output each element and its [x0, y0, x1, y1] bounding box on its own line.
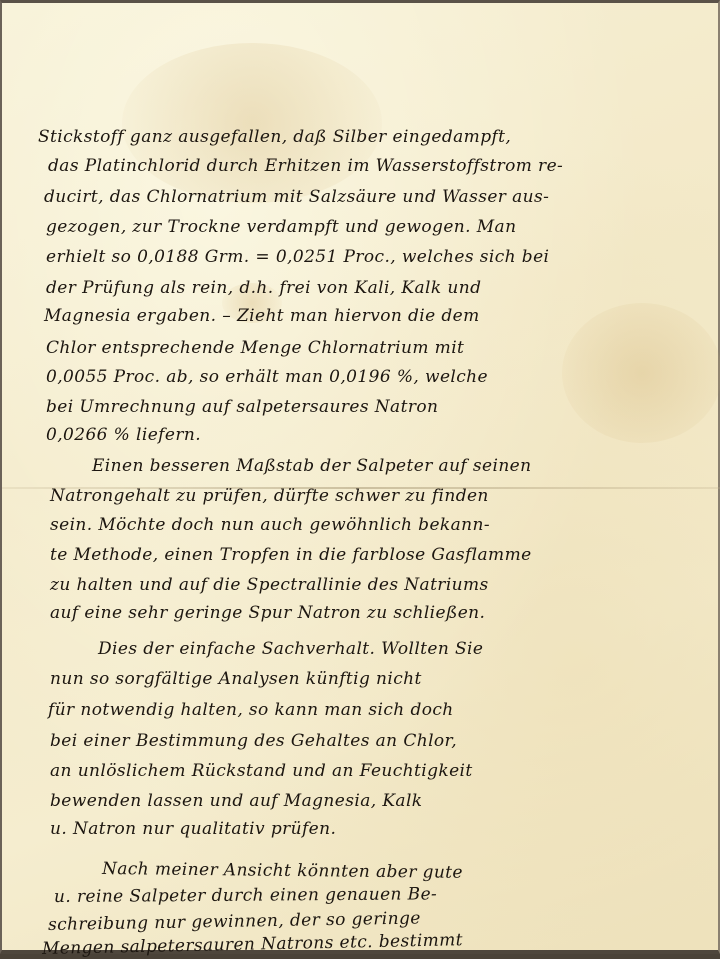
- text-line: te Methode, einen Tropfen in die farblos…: [50, 545, 532, 565]
- text-line: u. Natron nur qualitativ prüfen.: [50, 819, 336, 839]
- text-line: der Prüfung als rein, d.h. frei von Kali…: [46, 278, 481, 298]
- text-line: Chlor entsprechende Menge Chlornatrium m…: [46, 338, 464, 358]
- text-line: an unlöslichem Rückstand und an Feuchtig…: [50, 761, 473, 781]
- text-line: bewenden lassen und auf Magnesia, Kalk: [50, 791, 423, 811]
- text-line: ducirt, das Chlornatrium mit Salzsäure u…: [44, 187, 549, 207]
- letter-page: Stickstoff ganz ausgefallen, daß Silber …: [0, 0, 720, 954]
- text-line: sein. Möchte doch nun auch gewöhnlich be…: [50, 515, 490, 535]
- text-line: Dies der einfache Sachverhalt. Wollten S…: [98, 639, 483, 659]
- text-line: Magnesia ergaben. – Zieht man hiervon di…: [44, 306, 480, 326]
- text-line: Natrongehalt zu prüfen, dürfte schwer zu…: [50, 486, 489, 506]
- text-line: auf eine sehr geringe Spur Natron zu sch…: [50, 603, 485, 623]
- text-line: zu halten und auf die Spectrallinie des …: [50, 575, 489, 595]
- text-line: für notwendig halten, so kann man sich d…: [48, 700, 454, 720]
- text-line: das Platinchlorid durch Erhitzen im Wass…: [48, 156, 563, 176]
- text-line: gezogen, zur Trockne verdampft und gewog…: [46, 217, 516, 237]
- text-line: schreibung nur gewinnen, der so geringe: [48, 908, 421, 935]
- text-line: bei einer Bestimmung des Gehaltes an Chl…: [50, 731, 457, 751]
- letter-body: Stickstoff ganz ausgefallen, daß Silber …: [2, 3, 720, 954]
- text-line: 0,0055 Proc. ab, so erhält man 0,0196 %,…: [46, 367, 488, 387]
- text-line: u. reine Salpeter durch einen genauen Be…: [54, 884, 437, 907]
- text-line: 0,0266 % liefern.: [46, 425, 201, 445]
- text-line: Nach meiner Ansicht könnten aber gute: [102, 859, 463, 883]
- text-line: nun so sorgfältige Analysen künftig nich…: [50, 669, 422, 689]
- text-line: bei Umrechnung auf salpetersaures Natron: [46, 397, 438, 417]
- text-line: erhielt so 0,0188 Grm. = 0,0251 Proc., w…: [46, 247, 549, 267]
- text-line: Stickstoff ganz ausgefallen, daß Silber …: [38, 127, 511, 147]
- text-line: Einen besseren Maßstab der Salpeter auf …: [92, 456, 532, 476]
